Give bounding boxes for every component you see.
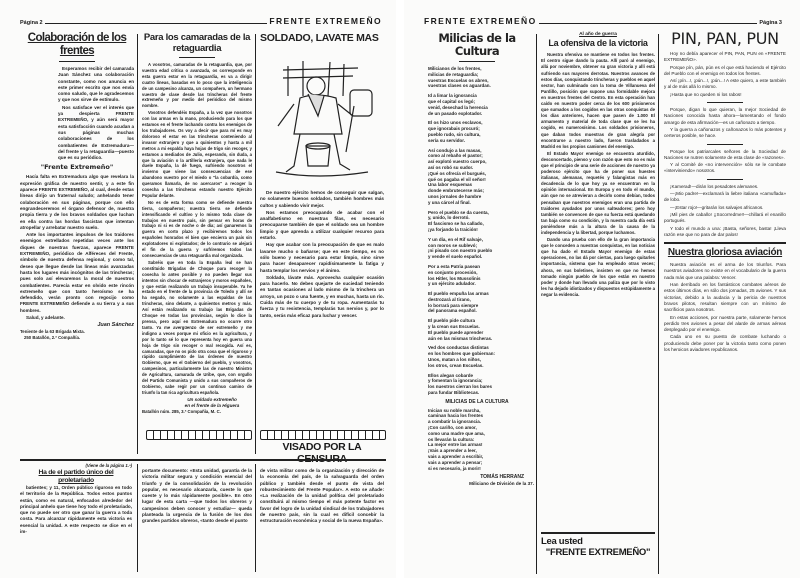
- article-continued-col-b: portante documento: «Esta unidad, garant…: [142, 468, 252, 526]
- article-retaguardia: Para los camaradas de la retaguardia A v…: [142, 32, 252, 415]
- article-ofensiva: Al año de guerra La ofensiva de la victo…: [541, 32, 655, 299]
- title-rule: [179, 57, 215, 58]
- paragraph: Sabréis que en toda la España leal se ha…: [142, 260, 252, 396]
- page-gutter: [396, 0, 404, 578]
- paragraph: —¡Estar rojo!—gritarán los salvajes afri…: [664, 205, 786, 211]
- paragraph: El Estado Mayor enemigo se encuentra atu…: [541, 151, 655, 236]
- paragraph: Porque pín, pán, pún es el que está haci…: [664, 65, 786, 78]
- stanza: Id a limar la ignorancia que el capital …: [420, 93, 534, 116]
- paragraph: Y todo el mundo a una: ¡Basta, señores, …: [664, 226, 786, 239]
- stanza: Milicianos de los frentes, milicias de r…: [420, 66, 534, 89]
- masthead: FRENTE EXTREMEÑO: [424, 16, 537, 26]
- title-rule: [59, 61, 95, 62]
- paragraph: Esperamos recibir del camarada Juan Sánc…: [20, 66, 134, 104]
- poem-subhead: MILICIAS DE LA CULTURA: [420, 400, 534, 406]
- paragraph: —¡Mio padre!—exclamará la liebre italian…: [664, 191, 786, 204]
- paragraph: Hay que acabar con la preocupación de qu…: [260, 242, 384, 273]
- article-continued-col-a: (Viene de la página 1.ª) Ha de el partid…: [20, 463, 132, 536]
- article-soldado: SOLDADO, LAVATE MAS: [260, 32, 384, 44]
- column-divider: [255, 34, 256, 454]
- paragraph: batientes; y 11, Orden público riguroso …: [20, 485, 132, 535]
- paragraph: ¡Hasta que no queden ni los rabos!: [664, 92, 786, 98]
- decorative-chain-border: [146, 430, 252, 440]
- newspaper-page-2: Página 2 FRENTE EXTREMEÑO Colaboración d…: [0, 0, 396, 578]
- signature-unit: 250 Batallón, 2.ª Compañía.: [20, 335, 134, 341]
- paragraph: De nuestro ejército hemos de conseguir q…: [260, 190, 384, 209]
- page-header: Página 2 FRENTE EXTREMEÑO: [20, 16, 382, 26]
- header-rule: [45, 23, 268, 24]
- paragraph: Nos satisface ver el interés que ya desp…: [20, 105, 134, 162]
- article-title: Ha de el partido único del proletariado: [20, 469, 132, 485]
- column-divider: [255, 464, 256, 572]
- masthead: FRENTE EXTREMEÑO: [269, 16, 382, 26]
- censor-stamp: VISADO POR LA CENSURA: [258, 441, 386, 465]
- paragraph: Porque, digan lo que quieran, la mejor S…: [664, 107, 786, 126]
- newspaper-page-3: FRENTE EXTREMEÑO Página 3 Milicias de la…: [404, 0, 800, 578]
- paragraph: de vista militar como de la organización…: [260, 468, 384, 525]
- section-title: Nuestra gloriosa aviación: [664, 247, 786, 259]
- header-rule: [539, 23, 758, 24]
- title-rule: [459, 61, 495, 62]
- stanza: Pero el pueblo se da cuenta, y, unido, l…: [420, 210, 534, 233]
- ad-line2: "FRENTE EXTREMEÑO": [541, 547, 655, 558]
- paragraph: portante documento: «Esta unidad, garant…: [142, 468, 252, 525]
- poem-milicias: Milicias de la Cultura Milicianos de los…: [420, 32, 534, 487]
- column-divider: [658, 34, 659, 574]
- stanza: El os hizo unos esclavos, que ignorabais…: [420, 120, 534, 143]
- paragraph: No es de esta forma como se defiende nue…: [142, 200, 252, 259]
- paragraph: Hacía falta en Extremadura algo que reve…: [20, 174, 134, 231]
- section-divider: [20, 459, 386, 461]
- paragraph: Dando una prueba con ello de la gran imp…: [541, 237, 655, 298]
- paragraph: Hoy no debía aparecer el PIN, PAN, PUN e…: [664, 51, 786, 64]
- poem-author-role: Miliciano de División de la 37.: [420, 481, 534, 487]
- article-title: Colaboración de los frentes: [20, 32, 134, 58]
- signature-unit: Batallón núm. 285, 3.ª Compañía, M. C.: [142, 409, 252, 415]
- stanza: El pueblo pide cultura y la crean sus Es…: [420, 318, 534, 341]
- stanza: El pueblo empuña las armas destrozará al…: [420, 291, 534, 314]
- paragraph: Nos estamos preocupando de acabar con el…: [260, 210, 384, 241]
- column-divider: [137, 464, 138, 572]
- paragraph: Salud, y adelante.: [20, 315, 134, 321]
- stanza: Y un día, en el Rif salvaje, con moros s…: [420, 237, 534, 260]
- stanza: Ellos alegan cobarde y fomentan la ignor…: [420, 373, 534, 396]
- paragraph: Así ¡pín...!, ¡pún...!, ¡pún...! A este …: [664, 78, 786, 91]
- paragraph: Y al Comité de «no intervención» sólo se…: [664, 162, 786, 175]
- paragraph: Y la guerra a cañonazos y cañonazos lo m…: [664, 127, 786, 140]
- subhead: "Frente Extremeño": [20, 163, 134, 172]
- paragraph: Cada uno en su puesto de combate luchand…: [664, 334, 786, 353]
- soldier-washing-illustration: [258, 56, 388, 186]
- stanza: Inician su noble marcha, caminan hacia l…: [420, 408, 534, 472]
- page-header: FRENTE EXTREMEÑO Página 3: [424, 16, 782, 26]
- article-pin-pan-pun: PIN, PAN, PUN Hoy no debía aparecer el P…: [664, 30, 786, 354]
- paragraph: Han derribado en los fantásticos combate…: [664, 282, 786, 313]
- paragraph: Soldado, lávate más. Aprovecha cualquier…: [260, 275, 384, 319]
- decorative-chain-border: [260, 430, 386, 440]
- section-divider: [664, 242, 786, 244]
- separator: [707, 144, 743, 145]
- column-divider: [137, 34, 138, 454]
- paragraph: A vosotros, camaradas de la retaguardia,…: [142, 62, 252, 109]
- separator: [707, 179, 743, 180]
- stanza: Ved dos conductas distintas en los hombr…: [420, 345, 534, 368]
- paragraph: En estas acciones, por nuestra parte, so…: [664, 315, 786, 334]
- paragraph: Nuestra ofensiva se mantiene en todos lo…: [541, 52, 655, 150]
- article-title: SOLDADO, LAVATE MAS: [260, 32, 384, 44]
- paragraph: ¡Mil pies de caballo! ¡¡Socorredme!!—chi…: [664, 212, 786, 225]
- article-continued-col-c: de vista militar como de la organización…: [260, 468, 384, 526]
- paragraph: ¡Kamerad!—dirán los pesadotes alemanes.: [664, 184, 786, 190]
- article-colaboracion: Colaboración de los frentes Esperamos re…: [20, 32, 134, 341]
- ad-line1: Lea usted: [541, 534, 655, 547]
- article-title: PIN, PAN, PUN: [664, 30, 786, 48]
- paragraph: Ante los importantes impulsos de los tra…: [20, 232, 134, 314]
- page-number: Página 2: [20, 20, 43, 26]
- ad-lea-usted: Lea usted "FRENTE EXTREMEÑO": [541, 532, 655, 558]
- stanza: Por a esta Patria pasean en conjunto pro…: [420, 264, 534, 287]
- article-title: La ofensiva de la victoria: [541, 38, 655, 49]
- separator: [707, 102, 743, 103]
- article-title: Para los camaradas de la retaguardia: [142, 32, 252, 54]
- column-divider: [536, 34, 537, 574]
- stanza: Así condujo a las masas, como al rebaño …: [420, 148, 534, 206]
- paragraph: Vosotros defendéis España, a la vez que …: [142, 110, 252, 199]
- article-soldado-body: De nuestro ejército hemos de conseguir q…: [260, 190, 384, 320]
- page-number: Página 3: [759, 20, 782, 26]
- paragraph: Porque los patriarcales señores de la So…: [664, 149, 786, 162]
- article-title: Milicias de la Cultura: [420, 32, 534, 58]
- paragraph: Nuestra aviación es el arma de los triun…: [664, 262, 786, 281]
